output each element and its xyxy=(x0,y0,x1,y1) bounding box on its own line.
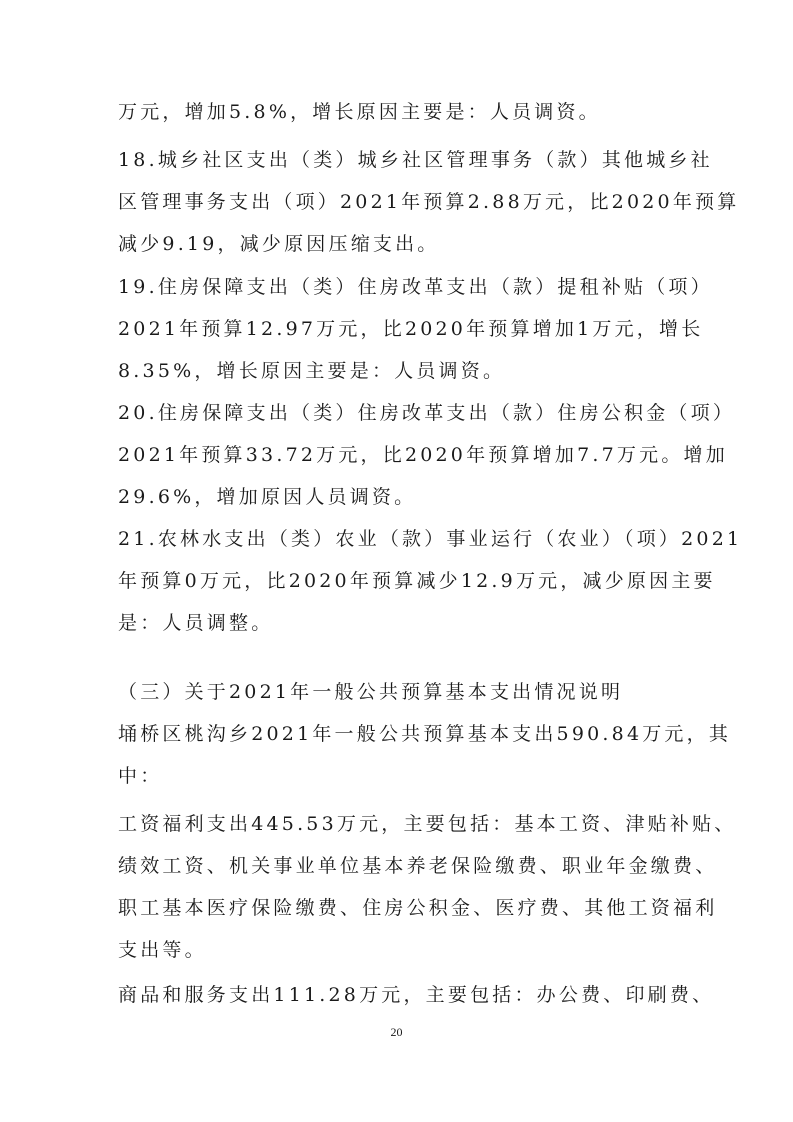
item-19-line-1: 19.住房保障支出（类）住房改革支出（款）提租补贴（项） xyxy=(118,275,698,299)
page-number: 20 xyxy=(0,1025,793,1040)
basic-expenditure-line-2: 中： xyxy=(118,764,698,788)
salary-welfare-line-3: 职工基本医疗保险缴费、住房公积金、医疗费、其他工资福利 xyxy=(118,896,698,920)
item-19-line-2: 2021年预算12.97万元，比2020年预算增加1万元，增长 xyxy=(118,317,698,341)
text-line-continuation: 万元，增加5.8%，增长原因主要是：人员调资。 xyxy=(118,100,698,124)
goods-services-line-1: 商品和服务支出111.28万元，主要包括：办公费、印刷费、 xyxy=(118,983,698,1007)
basic-expenditure-line-1: 埇桥区桃沟乡2021年一般公共预算基本支出590.84万元，其 xyxy=(118,722,698,746)
salary-welfare-line-2: 绩效工资、机关事业单位基本养老保险缴费、职业年金缴费、 xyxy=(118,854,698,878)
item-19-line-3: 8.35%，增长原因主要是：人员调资。 xyxy=(118,359,698,383)
item-18-line-1: 18.城乡社区支出（类）城乡社区管理事务（款）其他城乡社 xyxy=(118,148,698,172)
item-18-line-3: 减少9.19，减少原因压缩支出。 xyxy=(118,232,698,256)
document-page: 万元，增加5.8%，增长原因主要是：人员调资。 18.城乡社区支出（类）城乡社区… xyxy=(0,0,793,1122)
section-heading: （三）关于2021年一般公共预算基本支出情况说明 xyxy=(118,680,698,704)
item-21-line-1: 21.农林水支出（类）农业（款）事业运行（农业）（项）2021 xyxy=(118,527,698,551)
item-20-line-2: 2021年预算33.72万元，比2020年预算增加7.7万元。增加 xyxy=(118,443,698,467)
item-20-line-3: 29.6%，增加原因人员调资。 xyxy=(118,485,698,509)
item-18-line-2: 区管理事务支出（项）2021年预算2.88万元，比2020年预算 xyxy=(118,190,698,214)
item-20-line-1: 20.住房保障支出（类）住房改革支出（款）住房公积金（项） xyxy=(118,401,698,425)
item-21-line-2: 年预算0万元，比2020年预算减少12.9万元，减少原因主要 xyxy=(118,569,698,593)
salary-welfare-line-4: 支出等。 xyxy=(118,938,698,962)
item-21-line-3: 是：人员调整。 xyxy=(118,611,698,635)
salary-welfare-line-1: 工资福利支出445.53万元，主要包括：基本工资、津贴补贴、 xyxy=(118,812,698,836)
